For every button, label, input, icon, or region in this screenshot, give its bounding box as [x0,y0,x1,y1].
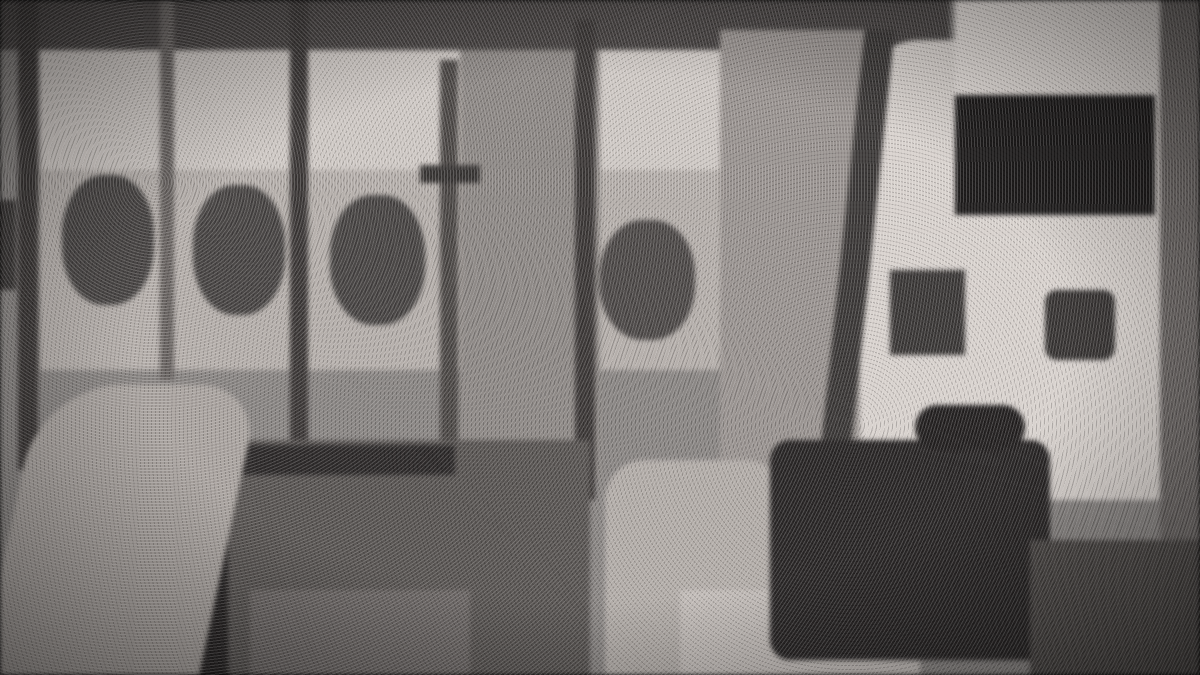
lattice-floor [250,590,470,675]
upper-wall [40,40,720,180]
window-left-edge [0,200,16,290]
dark-screen [955,95,1155,215]
window-4 [600,220,695,340]
window-2 [193,185,285,315]
dark-equipment-arm [915,405,1025,450]
small-dark-block-2 [1045,290,1115,360]
window-1 [62,175,154,305]
floor-right [1030,540,1200,675]
top-right-panel [955,0,1165,105]
lattice-top-bar [225,445,455,475]
strut-2 [160,0,174,380]
small-dark-block-1 [890,270,965,355]
strut-3 [290,0,308,450]
photo-scene [0,0,1200,675]
window-3 [330,195,425,325]
bright-spot-right [1060,430,1120,500]
crossbar [420,165,480,183]
strut-1 [18,0,38,470]
strut-5 [575,20,595,500]
dark-equipment [770,440,1050,660]
